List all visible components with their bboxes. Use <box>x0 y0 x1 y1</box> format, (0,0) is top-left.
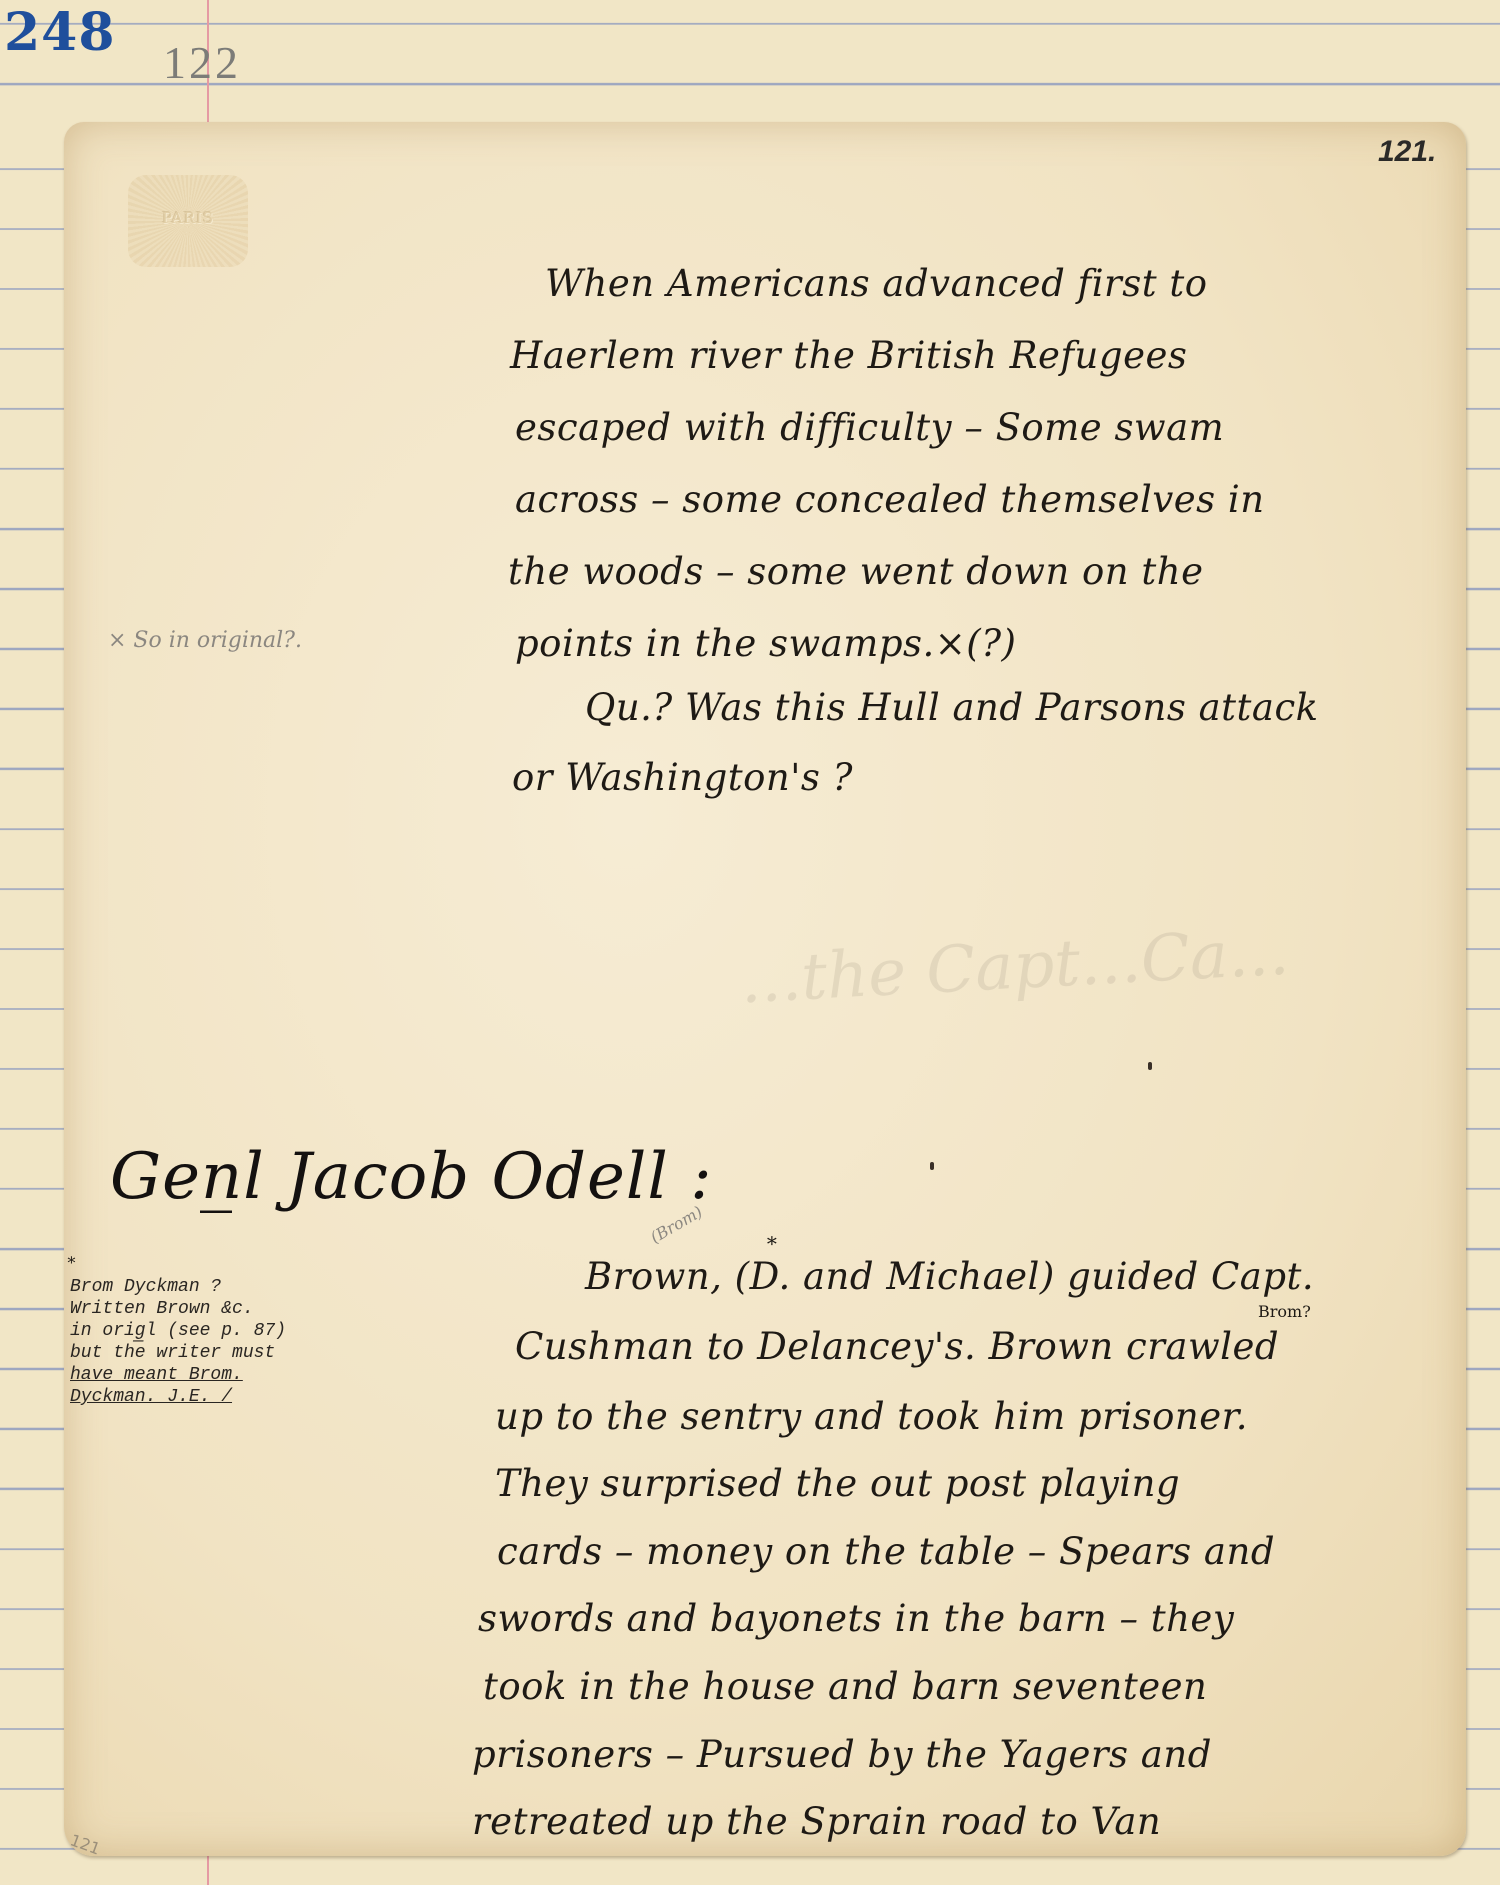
manuscript-line: escaped with difficulty – Some swam <box>515 406 1224 449</box>
paris-emboss-stamp: PARIS <box>128 175 248 267</box>
manuscript-line: cards – money on the table – Spears and <box>497 1530 1275 1573</box>
manuscript-line: took in the house and barn seventeen <box>483 1665 1207 1708</box>
footnote-brom-dyckman: Brom Dyckman ? Written Brown &c. in orig… <box>70 1276 286 1408</box>
manuscript-line: across – some concealed themselves in <box>515 478 1265 521</box>
manuscript-line: They surprised the out post playing <box>495 1462 1180 1505</box>
footnote-marker: ∗ <box>66 1250 77 1269</box>
ledger-folio-number: 122 <box>163 36 241 89</box>
manuscript-line: Cushman to Delancey's. Brown crawled <box>515 1325 1279 1368</box>
manuscript-line: Brown, (D. and Michael) guided Capt. <box>585 1255 1314 1298</box>
footnote-line: Written Brown &c. <box>70 1298 286 1320</box>
footnote-line: Dyckman. J.E. / <box>70 1386 286 1408</box>
manuscript-line: prisoners – Pursued by the Yagers and <box>472 1733 1212 1776</box>
manuscript-line: Haerlem river the British Refugees <box>510 334 1187 377</box>
query-line: Qu.? Was this Hull and Parsons attack <box>585 686 1319 729</box>
manuscript-line: the woods – some went down on the <box>508 550 1204 593</box>
ledger-stamp-number: 248 <box>4 2 116 63</box>
manuscript-line: up to the sentry and took him prisoner. <box>495 1395 1248 1438</box>
manuscript-line: When Americans advanced first to <box>545 262 1208 305</box>
query-line: or Washington's ? <box>512 756 853 799</box>
page-number: 121. <box>1378 135 1436 169</box>
emboss-label: PARIS <box>128 209 248 227</box>
section-heading-genl-jacob-odell: Gen̲l Jacob Odell : <box>110 1140 713 1214</box>
manuscript-line: swords and bayonets in the barn – they <box>478 1597 1234 1640</box>
ink-speck <box>1148 1062 1152 1070</box>
footnote-line: in orig̲l (see p. 87) <box>70 1320 286 1342</box>
manuscript-line: points in the swamps.×(?) <box>515 622 1016 665</box>
footnote-line: but the writer must <box>70 1342 286 1364</box>
footnote-line: Brom Dyckman ? <box>70 1276 286 1298</box>
ink-speck <box>930 1162 934 1170</box>
footnote-asterisk: ∗ <box>765 1228 779 1252</box>
interlinear-brom-query: Brom? <box>1258 1302 1311 1321</box>
manuscript-line: retreated up the Sprain road to Van <box>472 1800 1161 1843</box>
margin-note-so-in-original: × So in original?. <box>108 628 302 653</box>
footnote-line: have meant Brom. <box>70 1364 286 1386</box>
